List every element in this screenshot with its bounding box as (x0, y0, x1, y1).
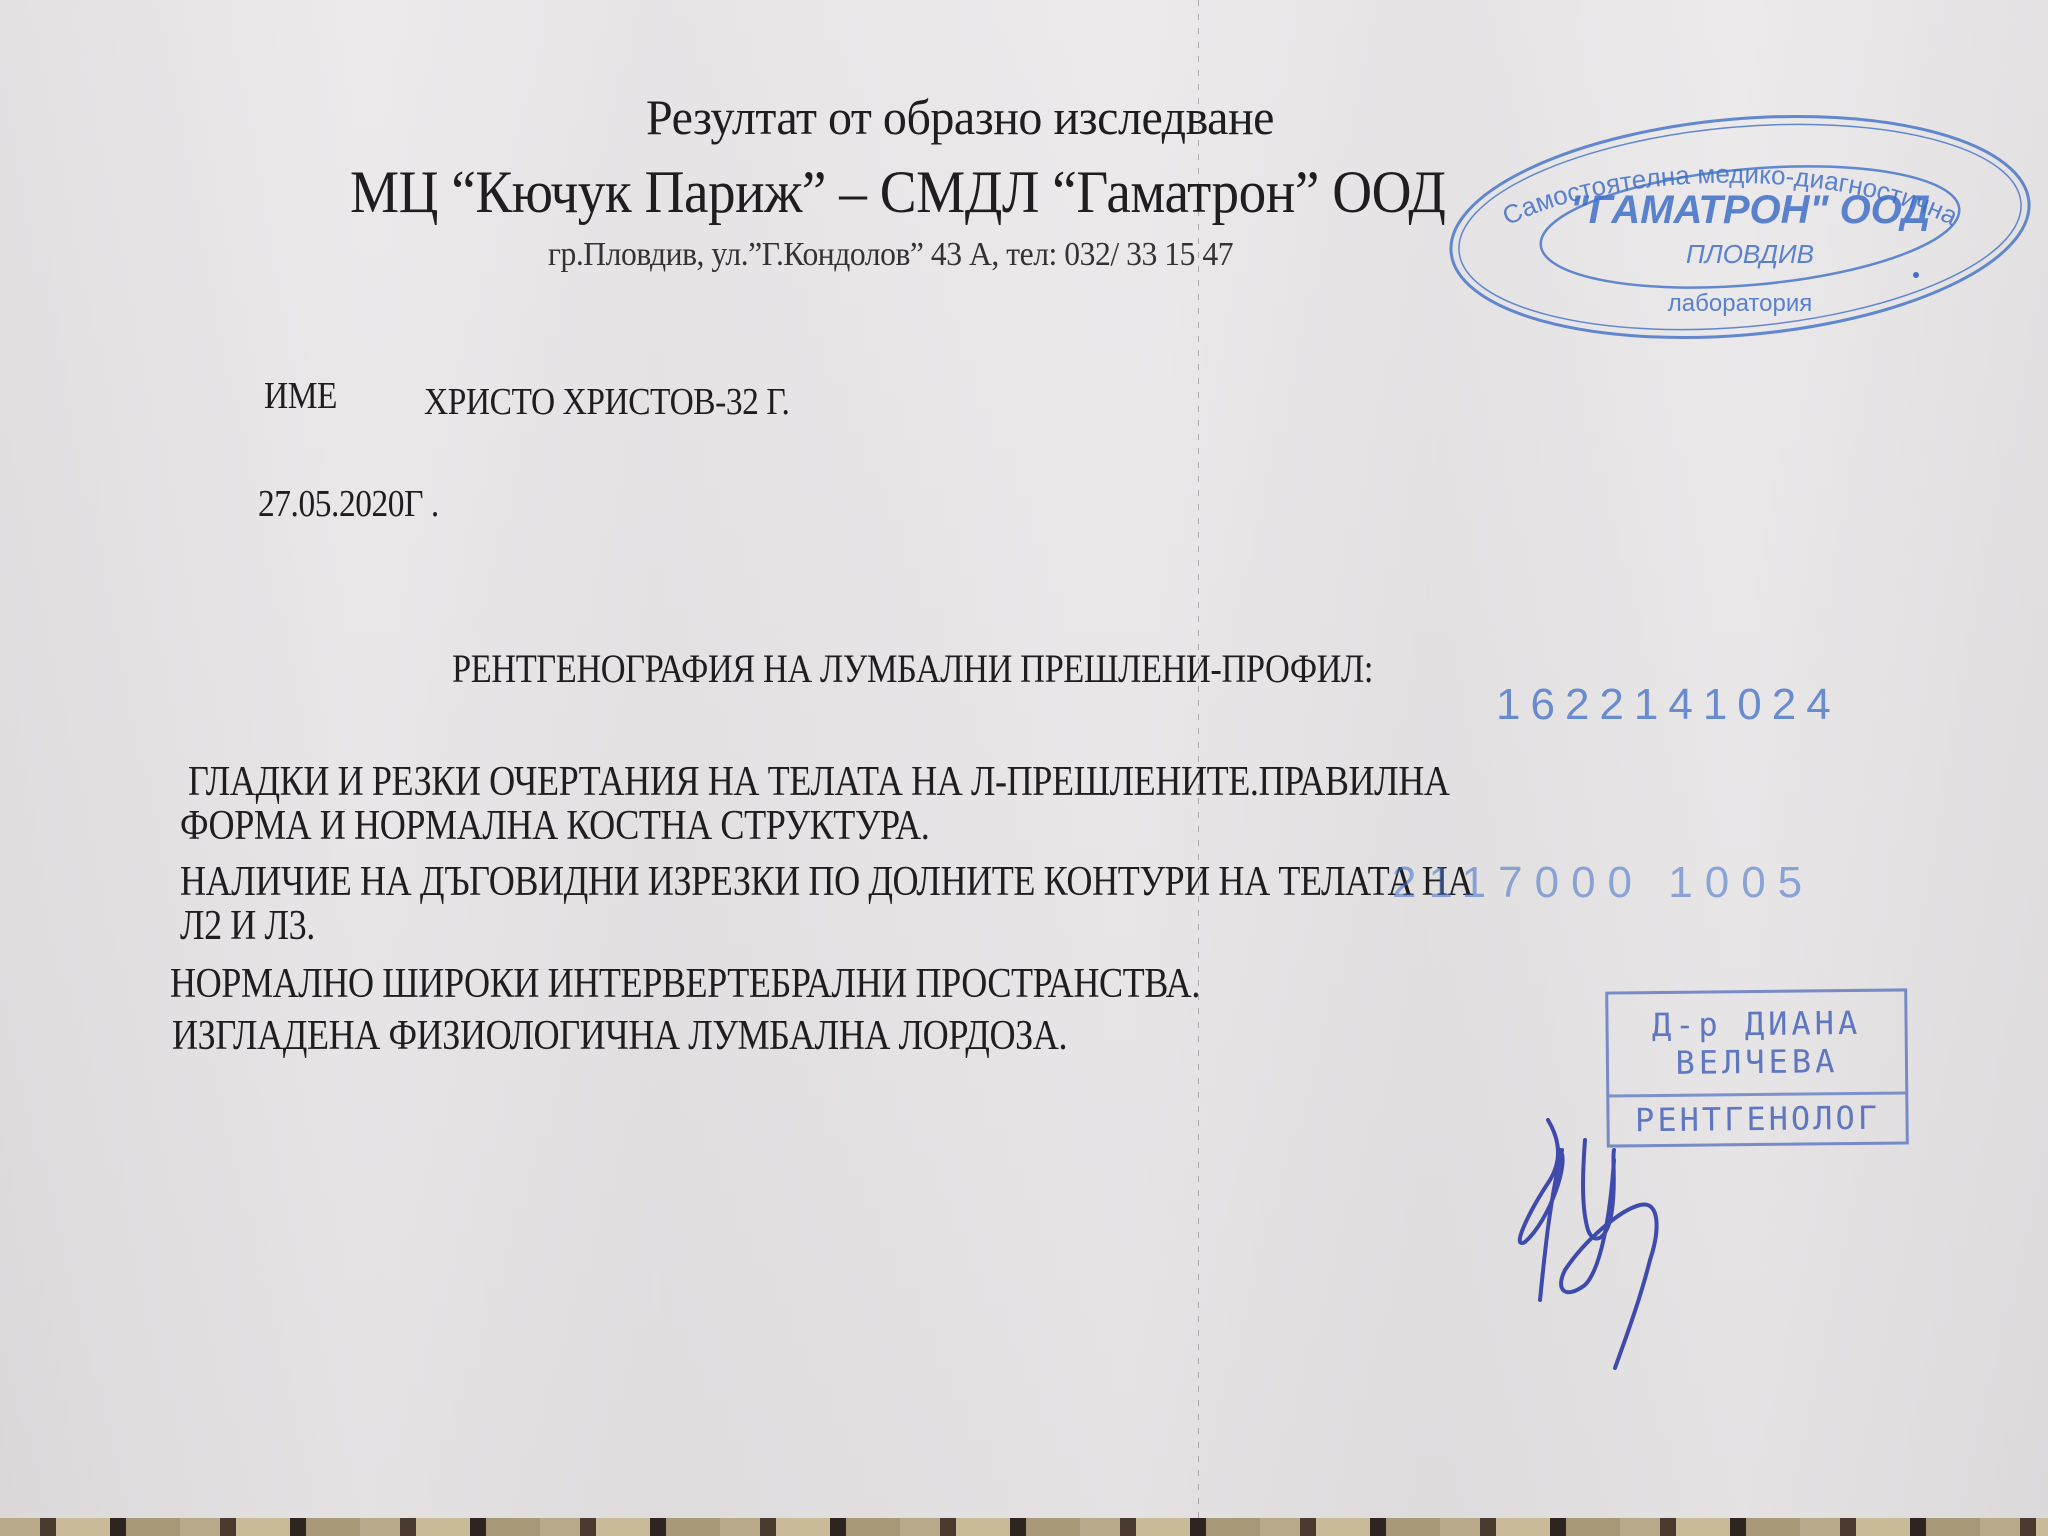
facility-name: МЦ “Кючук Париж” – СМДЛ “Гаматрон” ООД (350, 158, 1445, 227)
document-title: Резултат от образно изследване (646, 88, 1274, 146)
finding-line: ГЛАДКИ И РЕЗКИ ОЧЕРТАНИЯ НА ТЕЛАТА НА Л-… (188, 758, 1450, 806)
doctor-stamp-name: Д-р ДИАНА (1608, 1003, 1904, 1044)
finding-line: НАЛИЧИЕ НА ДЪГОВИДНИ ИЗРЕЗКИ ПО ДОЛНИТЕ … (180, 858, 1473, 906)
round-lab-stamp: Самостоятелна медико-диагностична "ГАМАТ… (1420, 105, 2040, 345)
stamp-number-2: 2117000 1005 (1392, 858, 1814, 908)
patient-name-label: ИМЕ (264, 374, 337, 418)
finding-line: Л2 И Л3. (180, 902, 315, 950)
facility-address: гр.Пловдив, ул.”Г.Кондолов” 43 А, тел: 0… (548, 236, 1233, 274)
patient-name: ХРИСТО ХРИСТОВ-32 Г. (424, 380, 789, 424)
doctor-stamp-surname: ВЕЛЧЕВА (1609, 1041, 1905, 1082)
table-surface (0, 1518, 2048, 1536)
exam-title: РЕНТГЕНОГРАФИЯ НА ЛУМБАЛНИ ПРЕШЛЕНИ-ПРОФ… (452, 645, 1373, 692)
stamp-number-1: 1622141024 (1496, 680, 1841, 730)
finding-line: ФОРМА И НОРМАЛНА КОСТНА СТРУКТУРА. (180, 802, 929, 850)
exam-date: 27.05.2020Г . (258, 482, 439, 526)
stamp-company-name: "ГАМАТРОН" ООД (1570, 188, 1930, 232)
signature (1490, 1100, 1690, 1370)
finding-line: НОРМАЛНО ШИРОКИ ИНТЕРВЕРТЕБРАЛНИ ПРОСТРА… (170, 960, 1200, 1008)
stamp-bottom-text: лаборатория (1668, 290, 1812, 317)
finding-line: ИЗГЛАДЕНА ФИЗИОЛОГИЧНА ЛУМБАЛНА ЛОРДОЗА. (172, 1012, 1067, 1060)
stamp-city: ПЛОВДИВ (1686, 239, 1814, 269)
